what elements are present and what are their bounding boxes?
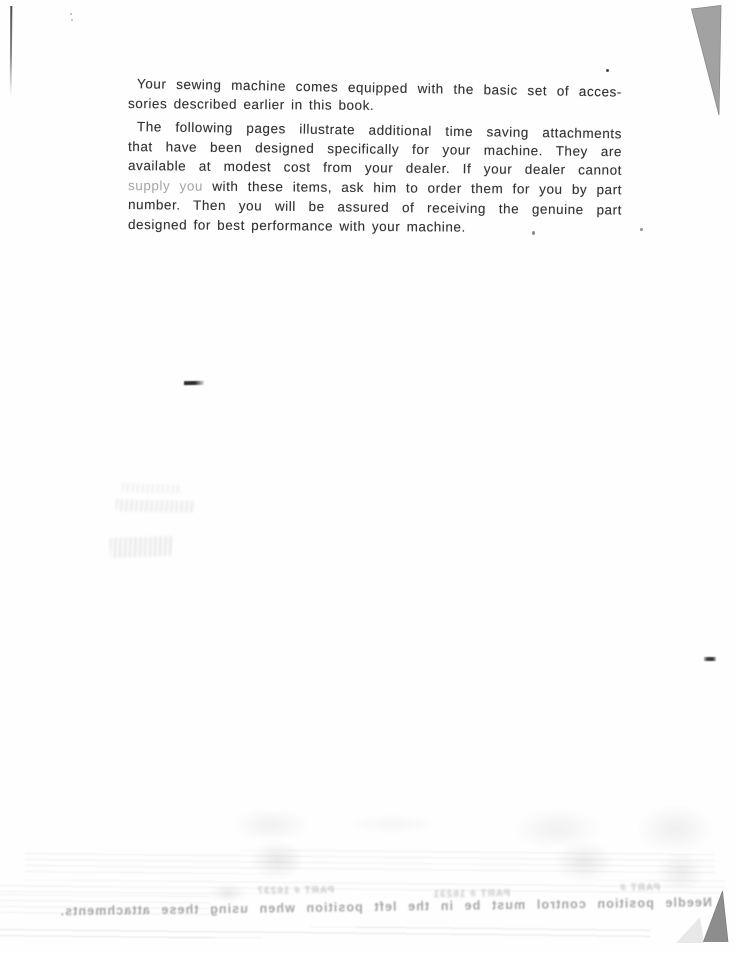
scan-streak-left-edge	[10, 6, 13, 96]
corner-fold-top-right	[692, 6, 722, 116]
ghost-smudge	[348, 815, 438, 833]
ghost-smudge	[636, 804, 714, 854]
text-line: designed for best performance with your …	[128, 215, 622, 238]
corner-fold-shadow-bottom-right	[676, 917, 704, 943]
text-span: with these items, ask him to order them …	[203, 178, 622, 197]
ghost-smudge	[232, 808, 310, 842]
mirrored-text: PART #	[598, 882, 660, 894]
ghost-smudge	[250, 841, 305, 879]
scan-speck	[606, 69, 609, 72]
mirrored-text: PART # 16237	[238, 885, 334, 897]
scan-dash-mark	[184, 381, 204, 385]
paragraph-2: The following pages illustrate additiona…	[128, 117, 622, 234]
body-text: Your sewing machine comes equipped with …	[128, 74, 622, 234]
ghost-part-number: PART #	[598, 882, 660, 894]
scan-speck	[71, 19, 73, 21]
ghost-smudge	[554, 841, 614, 883]
scanned-manual-page: { "document": { "paragraph1": { "line1":…	[0, 0, 738, 954]
scan-speck	[70, 13, 72, 15]
ghost-scribble	[122, 483, 182, 494]
ghost-smudge-band	[0, 927, 650, 938]
text-line: sories described earlier in this book.	[128, 94, 622, 117]
scan-speck	[640, 228, 643, 231]
paragraph-1: Your sewing machine comes equipped with …	[128, 74, 622, 113]
ghost-scribble	[116, 499, 194, 512]
scan-dash-mark	[704, 657, 716, 661]
faded-word: supply you	[128, 178, 203, 194]
scan-speck	[532, 231, 535, 235]
ghost-scribble	[110, 536, 173, 558]
ghost-part-number: PART # 16237	[238, 885, 334, 897]
ghost-smudge	[656, 850, 706, 894]
